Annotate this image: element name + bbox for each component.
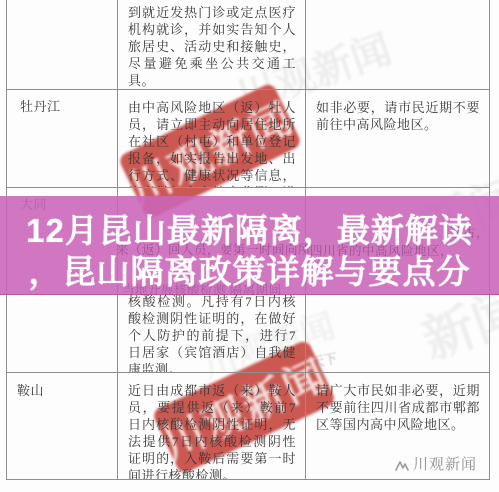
advice-text: 请广大市民如非必要，近期不要前往四川省成都市郫都区等国内高中风险地区。 [316, 383, 480, 432]
policy-cell: 到就近发热门诊或定点医疗机构就诊，并如实告知个人旅居史、活动史和接触史，尽量避免… [118, 0, 306, 90]
city-cell-anshan: 鞍山 [6, 373, 118, 480]
city-cell-empty [6, 0, 118, 90]
headline-banner-overlay: 蒙古， 来（返）回人员，要第一时间向所 四川省的中高风险地区， 当地开展核酸检测… [0, 196, 499, 295]
source-logo: 川观新闻 [394, 457, 477, 474]
policy-cell: 由中高风险地区（返）牡人员，请立即主动向居住地所在社区（村屯）和单位登记报备，如… [118, 90, 306, 188]
chuanguan-news-logo-icon [394, 459, 409, 473]
headline-line-1: 12月昆山最新隔离，最新解读 [0, 205, 499, 252]
city-cell-mudanjiang: 牡丹江 [6, 90, 118, 188]
advice-cell: 请广大市民如非必要，近期不要前往四川省成都市郫都区等国内高中风险地区。 川观新闻 [306, 373, 490, 480]
source-logo-text: 川观新闻 [413, 457, 477, 474]
advice-cell-empty [306, 0, 490, 90]
advice-cell: 如非必要，请市民近期不要前往中高风险地区。 [306, 90, 490, 188]
policy-cell: 近日由成都市返（来）鞍人员，要提供返（来）鞍前7日内核酸检测阴性证明，无法提供7… [118, 373, 306, 480]
headline-line-2: ，昆山隔离政策详解与要点分 [0, 246, 499, 293]
news-screenshot: 川观新闻 新闻 新闻 川观新闻 观天下 川观新闻 川观新闻 到就近发热门诊或定点… [0, 0, 499, 492]
